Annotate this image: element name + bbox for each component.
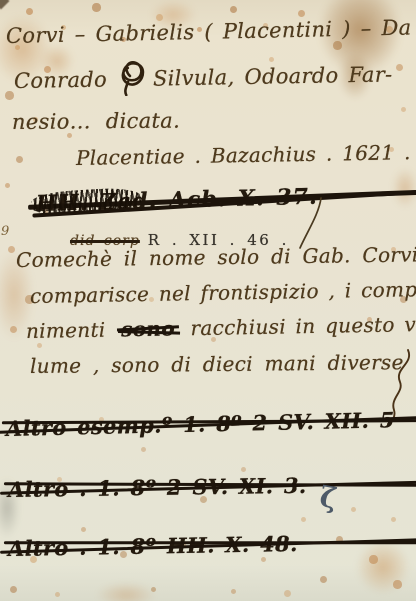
title-line-2b: Silvula, Odoardo Far-: [153, 62, 393, 90]
foxing-bottom: [96, 582, 156, 601]
old-shelfmark-struck: HH. Zad. Acb. X. 37.: [36, 180, 416, 217]
ink-scribble-icon: [115, 56, 146, 97]
title-line-3: nesio… dicata.: [12, 109, 180, 134]
margin-mark: 9: [1, 224, 9, 239]
other-copy-3-struck: Altro . 1. 8º HH. X. 48.: [8, 529, 416, 561]
corner-nick: [0, 0, 9, 9]
other-copy-2-struck: Altro . 1. 8º 2 SV. XI. 3.: [8, 471, 416, 502]
manuscript-page: Corvi – Gabrielis ( Placentini ) – Da B.…: [0, 0, 416, 601]
note-line-1: Comechè il nome solo di Gab. Corvi: [16, 242, 416, 272]
struck-word: sono: [121, 316, 175, 341]
title-line-1: Corvi – Gabrielis ( Placentini ) – Da B.: [6, 15, 416, 48]
title-line-2: Conrado Silvula, Odoardo Far-: [14, 57, 393, 98]
note-line-2: comparisce nel frontispizio , i compo-: [30, 277, 416, 308]
note-line-3b: racchiusi in questo vo-: [190, 312, 416, 340]
title-line-2a: Conrado: [14, 67, 107, 93]
imprint-line: Placentiae . Bazachius . 1621 . 1 . 8º.: [76, 139, 416, 170]
note-line-3a: nimenti: [26, 318, 106, 343]
other-copy-1-struck: Altro esemp.º 1. 8º 2 SV. XII. 5: [6, 407, 416, 441]
note-line-3: nimenti sono racchiusi in questo vo-: [26, 312, 416, 343]
note-line-4: lume , sono di dieci mani diverse: [30, 350, 404, 378]
